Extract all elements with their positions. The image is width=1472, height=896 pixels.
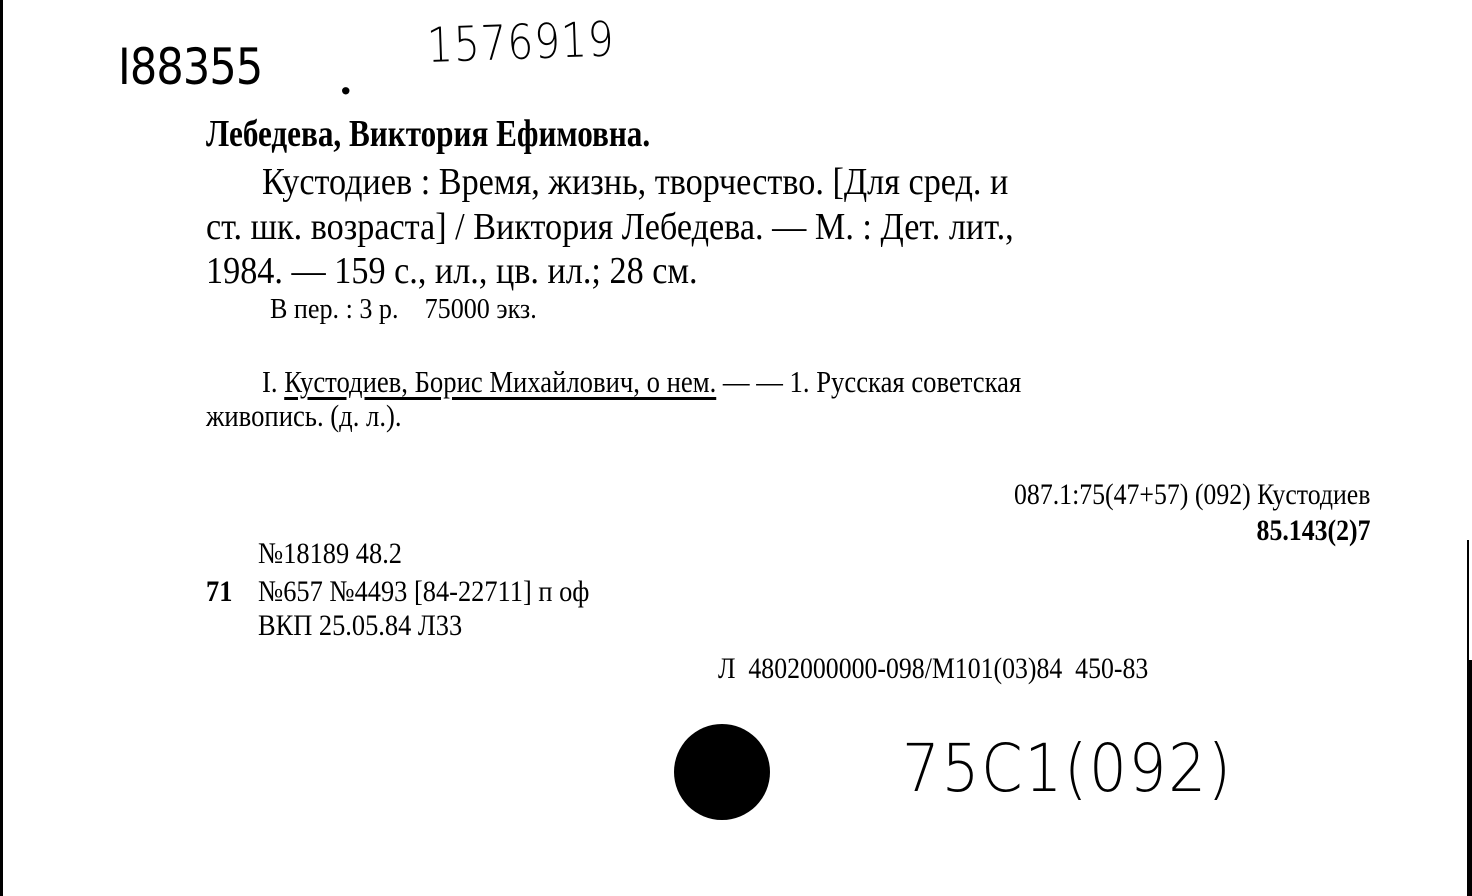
accession-number: I88355: [118, 38, 262, 96]
accession-separator: .: [340, 52, 352, 105]
description-line-1: Кустодиев : Время, жизнь, творчество. [Д…: [262, 160, 1008, 204]
card-edge-left: [0, 0, 3, 896]
technical-line-2: №657 №4493 [84-22711] п оф: [258, 575, 589, 609]
technical-line-2-number: 71: [206, 575, 232, 609]
price-print-run: В пер. : 3 р. 75000 экз.: [270, 293, 537, 326]
description-line-3: 1984. — 159 с., ил., цв. ил.; 28 см.: [206, 249, 698, 293]
publisher-code: Л 4802000000-098/М101(03)84 450-83: [718, 652, 1148, 686]
punch-hole: [674, 724, 770, 820]
bbk-classification: 85.143(2)7: [1256, 514, 1370, 548]
technical-line-1: №18189 48.2: [258, 537, 402, 571]
subject-heading-underlined: Кустодиев, Борис Михайлович, о нем.: [284, 364, 716, 399]
tracings-line-1: I. Кустодиев, Борис Михайлович, о нем. —…: [262, 364, 1021, 400]
technical-line-3: ВКП 25.05.84 Л33: [258, 609, 462, 643]
tracings-line-2: живопись. (д. л.).: [206, 398, 402, 434]
tracing-prefix: I.: [262, 364, 278, 399]
handwritten-inventory-number: 1576919: [426, 11, 616, 74]
description-line-2: ст. шк. возраста] / Виктория Лебедева. —…: [206, 205, 1014, 249]
handwritten-shelf-mark: 75С1(092): [902, 730, 1233, 807]
udc-classification: 087.1:75(47+57) (092) Кустодиев: [1014, 478, 1370, 512]
catalog-card: I88355 . 1576919 Лебедева, Виктория Ефим…: [0, 0, 1472, 896]
tracing-rest: — — 1. Русская советская: [716, 364, 1021, 399]
card-edge-right-thin: [1467, 540, 1469, 660]
author-heading: Лебедева, Виктория Ефимовна.: [206, 112, 650, 156]
card-edge-right: [1467, 660, 1472, 896]
